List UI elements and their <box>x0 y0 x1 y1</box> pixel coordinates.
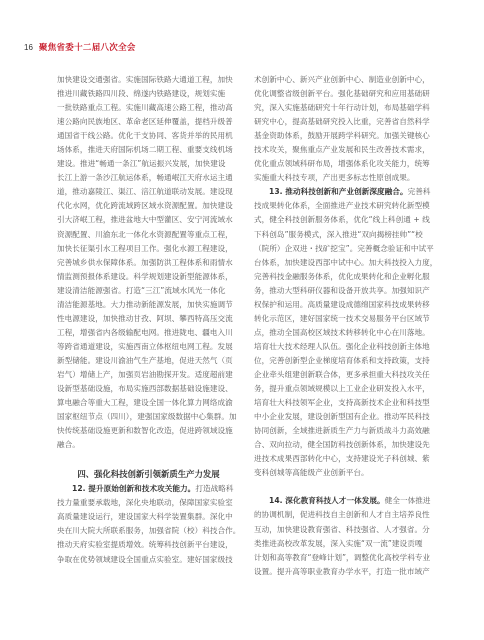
text-line: 场体系，推进天府国际机场二期工程、重要支线机场 <box>57 143 240 157</box>
text-line: 式，健全科技创新服务体系，优化“线上科创通 + 线 <box>254 213 437 227</box>
text-line: 培育壮大科技领军企业，支持高新技术企业和科技型 <box>254 396 437 410</box>
text-line: 快传统基础设施更新和数智化改造，促进跨领域设施 <box>57 424 240 438</box>
text-line: 研究中心，提高基础研究投入比重，完善省自然科学 <box>254 115 437 129</box>
paragraph-13-tail: 完善科 <box>408 187 431 196</box>
text-line: 究，深入实施基础研究十年行动计划，布局基础学科 <box>254 101 437 115</box>
text-line: 代化水网，优化跨流域跨区域水资源配置。加快建设 <box>57 199 240 213</box>
text-line: 一批铁路重点工程。实施川藏高速公路工程，推动高 <box>57 101 240 115</box>
text-line: 协同创新，全域推进新质生产力与新质战斗力高效融 <box>254 424 437 438</box>
text-line: 培育壮大技术经理人队伍。强化企业科技创新主体地 <box>254 340 437 354</box>
paragraph-12-lead: 12. 提升原始创新和技术攻关能力。 <box>72 484 195 493</box>
section-heading: 四、强化科技创新引领新质生产力发展 <box>57 466 240 482</box>
text-line: 通国省干线公路。优化干支协同、客货并举的民用机 <box>57 129 240 143</box>
paragraph-12-first-line: 12. 提升原始创新和技术攻关能力。打造战略科 <box>57 482 240 496</box>
paragraph-14-tail: 健全一体推进 <box>385 496 431 505</box>
text-line: 术创新中心、新兴产业创新中心、制造业创新中心， <box>254 73 437 87</box>
text-line: 转化示范区，建好国家统一技术交易服务平台区域节 <box>254 312 437 326</box>
text-line: 变科创城等高能级产业创新平台。 <box>254 466 437 480</box>
text-line: 完善科技金融服务体系，优化成果转化和企业孵化服 <box>254 270 437 284</box>
text-line: 技术攻关，聚焦重点产业发展和民生改善技术需求， <box>254 143 437 157</box>
section-title: 聚焦省委十二届八次全会 <box>39 41 136 53</box>
text-line: 工程，增强省内各级输配电网。推进陇电、疆电入川 <box>57 326 240 340</box>
text-line: 推进川藏铁路四川段、绵遂内铁路建设，规划实施 <box>57 87 240 101</box>
page-header: 16 聚焦省委十二届八次全会 <box>24 40 136 54</box>
text-line: 争取在优势领域建设全国重点实验室。建好国家级技 <box>57 553 240 567</box>
paragraph-13-lead: 13. 推动科技创新和产业创新深度融合。 <box>269 187 408 196</box>
left-column: 加快建设交通强省。实施国际铁路大通道工程，加快推进川藏铁路四川段、绵遂内铁路建设… <box>57 73 240 567</box>
text-line: 务，推动大型科研仪器和设备开放共享。加强知识产 <box>254 284 437 298</box>
paragraph-14: 的协调机制，促进科技自主创新和人才自主培养良性互动，加快建设教育强省、科技强省、… <box>254 508 437 578</box>
text-line: 类推进高校改革发展，深入实施“双一流”建设贡嘎 <box>254 537 437 551</box>
text-line: 进技术成果西部转化中心，支持建设光子科创城、紫 <box>254 452 437 466</box>
paragraph-14-first-line: 14. 深化教育科技人才一体发展。健全一体推进 <box>254 494 437 508</box>
text-line: 的协调机制，促进科技自主创新和人才自主培养良性 <box>254 508 437 522</box>
page-number: 16 <box>24 43 33 52</box>
text-line: 道，推动嘉陵江、渠江、涪江航道联动发展。建设现 <box>57 185 240 199</box>
text-line: 算电融合等重大工程，建设全国一体化算力网络成渝 <box>57 396 240 410</box>
text-line: 国家枢纽节点（四川），建强国家级数据中心集群。加 <box>57 410 240 424</box>
text-line: 权保护和运用。高质量建设成德绵国家科技成果转移 <box>254 298 437 312</box>
paragraph-13: 技成果转化体系，全面推进产业技术研究转化新型模式，健全科技创新服务体系，优化“线… <box>254 199 437 480</box>
paragraph-13-first-line: 13. 推动科技创新和产业创新深度融合。完善科 <box>254 185 437 199</box>
text-line: （院所）企双进・找矿挖宝”。完善概念验证和中试平 <box>254 242 437 256</box>
paragraph-continued: 术创新中心、新兴产业创新中心、制造业创新中心，优化调整省级创新平台。强化基础研究… <box>254 73 437 185</box>
paragraph-transport-energy: 加快建设交通强省。实施国际铁路大通道工程，加快推进川藏铁路四川段、绵遂内铁路建设… <box>57 73 240 452</box>
text-line: 情监测预报体系建设。科学规划建设新型能源体系， <box>57 270 240 284</box>
text-line: 优化调整省级创新平台。强化基础研究和应用基础研 <box>254 87 437 101</box>
text-line: 建设。推进“畅通一条江”航运振兴发展，加快建设 <box>57 157 240 171</box>
text-line: 加快建设交通强省。实施国际铁路大通道工程，加快 <box>57 73 240 87</box>
text-line: 下科创岛”服务模式，深入推进“双向揭榜挂帅”“校 <box>254 228 437 242</box>
paragraph-12-tail: 打造战略科 <box>195 484 233 493</box>
text-line: 计划和高等教育“登峰计划”，调整优化高校学科专业 <box>254 551 437 565</box>
text-line: 央在川大院大所联系服务，加强省院（校）科技合作。 <box>57 524 240 538</box>
text-line: 合、双向拉动，健全国防科技创新体系，加快建设先 <box>254 438 437 452</box>
text-line: 建设清洁能源强省。打造“三江”流域水风光一体化 <box>57 284 240 298</box>
text-line: 基金资助体系，鼓励开展跨学科研究。加强关键核心 <box>254 129 437 143</box>
text-line: 优化重点领域科研布局，增强体系化攻关能力，统筹 <box>254 157 437 171</box>
text-line: 中小企业发展，建设创新型国有企业。推动军民科技 <box>254 410 437 424</box>
text-line: 速公路向民族地区、革命老区延伸覆盖，提档升级普 <box>57 115 240 129</box>
text-line: 设新型基础设施，布局实施西部数据基础设施建设、 <box>57 382 240 396</box>
text-line: 资源配置、川渝东北一体化水资源配置等重点工程， <box>57 228 240 242</box>
text-line: 推动天府实验室提质增效。统筹科技创新平台建设， <box>57 538 240 552</box>
paragraph-14-lead: 14. 深化教育科技人才一体发展。 <box>269 496 385 505</box>
text-line: 等跨省通道建设，实施西南立体枢纽电网工程。发展 <box>57 340 240 354</box>
text-line: 新型储能。建设川渝油气生产基地，促进天然气（页 <box>57 354 240 368</box>
text-line: 加快长征渠引水工程项目工作。强化水源工程建设， <box>57 242 240 256</box>
paragraph-12: 技力量重要承载地，深化央地联动，保障国家实验室高质量建设运行，建设国家大科学装置… <box>57 496 240 566</box>
text-line: 设置。提升高等职业教育办学水平，打造一批市域产 <box>254 565 437 579</box>
right-column: 术创新中心、新兴产业创新中心、制造业创新中心，优化调整省级创新平台。强化基础研究… <box>254 73 437 579</box>
text-line: 点，推动全国高校区域技术转移转化中心在川落地。 <box>254 326 437 340</box>
text-line: 融合。 <box>57 438 240 452</box>
text-line: 台体系，加快建设西部中试中心。加大科技投入力度， <box>254 256 437 270</box>
text-line: 技力量重要承载地，深化央地联动，保障国家实验室 <box>57 496 240 510</box>
text-line: 性电源建设，加快推动甘孜、阿坝、攀西特高压交流 <box>57 312 240 326</box>
text-line: 实施重大科技专项，产出更多标志性原创成果。 <box>254 171 437 185</box>
text-line: 岩气）增储上产，加强页岩油勘探开发。适度超前建 <box>57 368 240 382</box>
text-line: 位，完善创新型企业梯度培育体系和支持政策，支持 <box>254 354 437 368</box>
text-line: 技成果转化体系，全面推进产业技术研究转化新型模 <box>254 199 437 213</box>
text-line: 互动，加快建设教育强省、科技强省、人才强省。分 <box>254 523 437 537</box>
text-line: 企业牵头组建创新联合体，更多承担重大科技攻关任 <box>254 368 437 382</box>
text-line: 长江上游一条沙江航运体系，畅通岷江天府水运主通 <box>57 171 240 185</box>
text-line: 完善城乡供水保障体系。加强防洪工程体系和雨情水 <box>57 256 240 270</box>
paragraph-gap <box>254 480 437 494</box>
text-line: 清洁能源基地。大力推动新能源发展，加快实施调节 <box>57 298 240 312</box>
text-line: 引大济岷工程，推进盆地大中型灌区、安宁河流域水 <box>57 213 240 227</box>
text-line: 高质量建设运行，建设国家大科学装置集群。深化中 <box>57 510 240 524</box>
text-line: 务，提升重点领域规模以上工业企业研发投入水平， <box>254 382 437 396</box>
